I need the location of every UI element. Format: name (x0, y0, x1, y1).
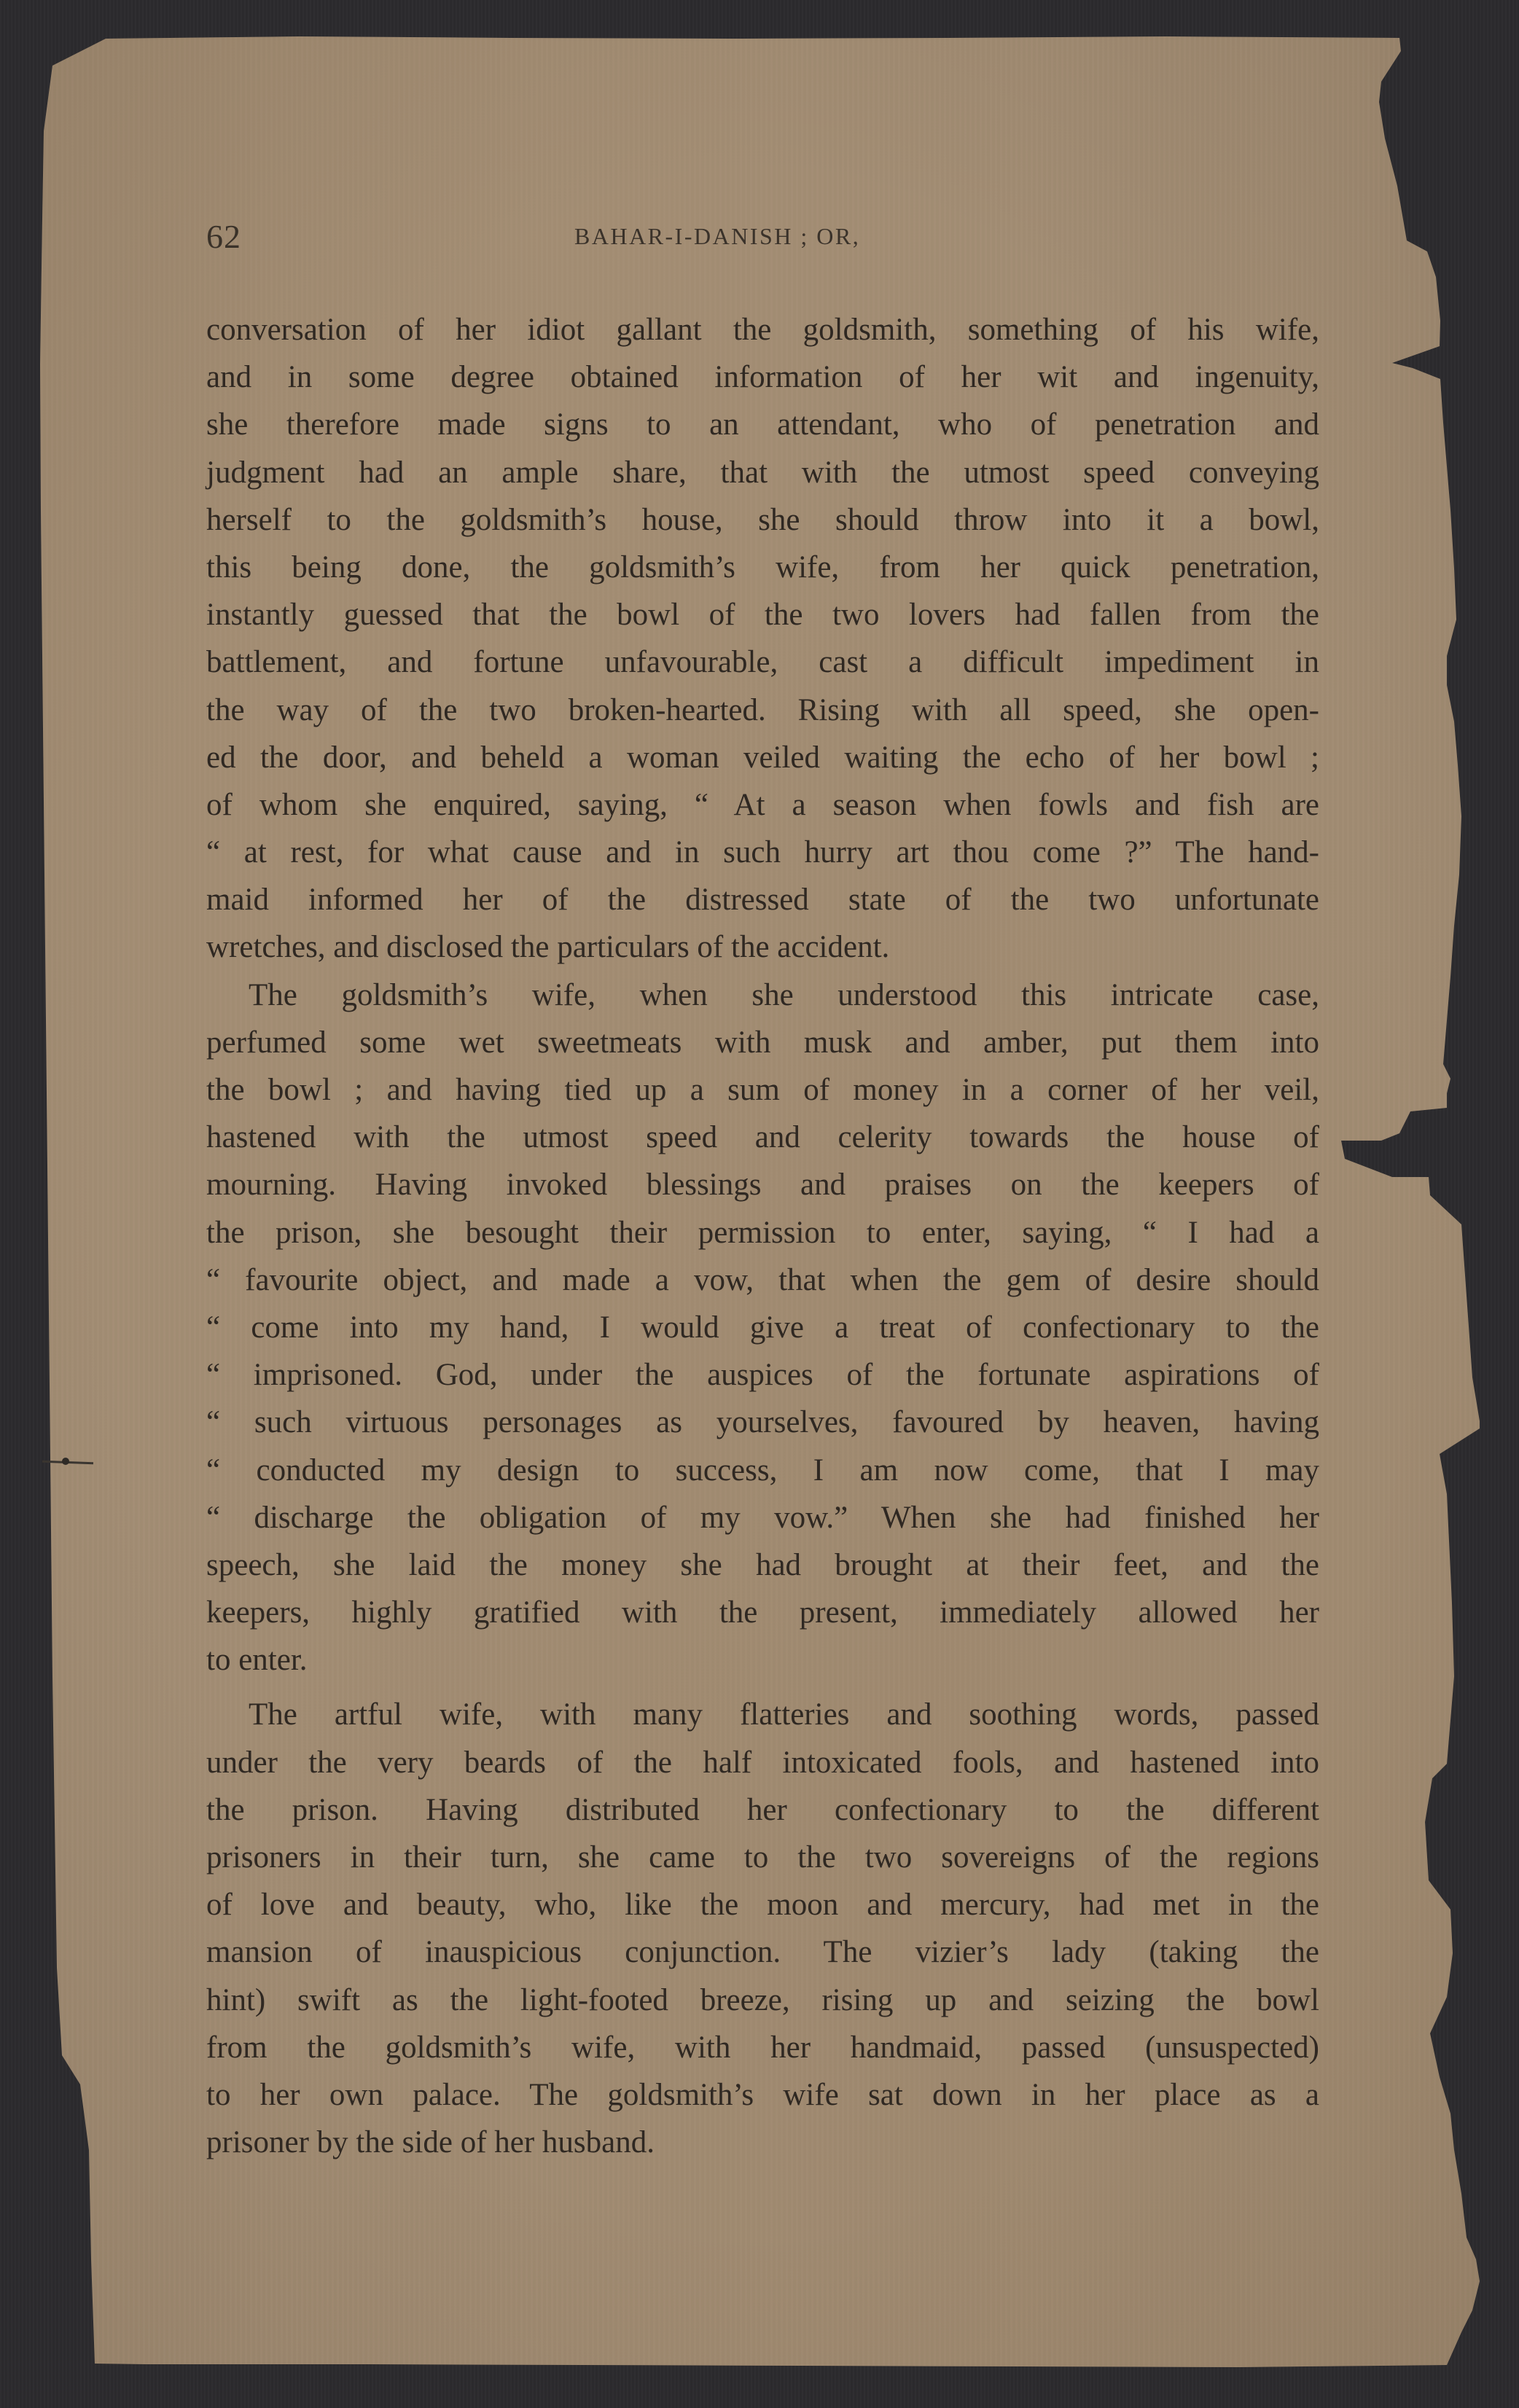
text-line: from the goldsmith’s wife, with her hand… (206, 2024, 1319, 2071)
text-line: ed the door, and beheld a woman veiled w… (206, 734, 1319, 781)
text-line: conversation of her idiot gallant the go… (206, 306, 1319, 353)
text-line: hint) swift as the light-footed breeze, … (206, 1977, 1319, 2024)
text-line: of love and beauty, who, like the moon a… (206, 1881, 1319, 1928)
text-line: this being done, the goldsmith’s wife, f… (206, 544, 1319, 591)
text-line: the prison. Having distributed her confe… (206, 1786, 1319, 1834)
body-text: conversation of her idiot gallant the go… (206, 306, 1319, 2166)
running-head-title: BAHAR-I-DANISH ; OR, (574, 223, 860, 250)
text-line: “ favourite object, and made a vow, that… (206, 1256, 1319, 1304)
text-line: to enter. (206, 1636, 1319, 1684)
text-line: speech, she laid the money she had broug… (206, 1541, 1319, 1589)
text-line: “ at rest, for what cause and in such hu… (206, 829, 1319, 876)
book-page: 62 BAHAR-I-DANISH ; OR, conversation of … (0, 0, 1519, 2408)
text-line: battlement, and fortune unfavourable, ca… (206, 638, 1319, 686)
text-line: the prison, she besought their permissio… (206, 1209, 1319, 1256)
page-number: 62 (206, 217, 241, 256)
text-line: wretches, and disclosed the particulars … (206, 923, 1319, 971)
text-line: “ imprisoned. God, under the auspices of… (206, 1351, 1319, 1399)
text-line: instantly guessed that the bowl of the t… (206, 591, 1319, 638)
text-line: prisoner by the side of her husband. (206, 2119, 1319, 2166)
text-line: the way of the two broken-hearted. Risin… (206, 687, 1319, 734)
text-line: keepers, highly gratified with the prese… (206, 1589, 1319, 1636)
text-line: “ such virtuous personages as yourselves… (206, 1399, 1319, 1446)
text-line: maid informed her of the distressed stat… (206, 876, 1319, 923)
text-line: The artful wife, with many flatteries an… (206, 1691, 1319, 1738)
margin-ink-dot (62, 1458, 69, 1465)
paragraph-2: The goldsmith’s wife, when she understoo… (206, 972, 1319, 1684)
text-line: judgment had an ample share, that with t… (206, 449, 1319, 496)
text-line: “ come into my hand, I would give a trea… (206, 1304, 1319, 1351)
text-line: herself to the goldsmith’s house, she sh… (206, 496, 1319, 544)
text-line: to her own palace. The goldsmith’s wife … (206, 2071, 1319, 2119)
paragraph-1: conversation of her idiot gallant the go… (206, 306, 1319, 972)
page-header: 62 BAHAR-I-DANISH ; OR, (206, 217, 1319, 261)
text-line: perfumed some wet sweetmeats with musk a… (206, 1019, 1319, 1066)
text-line: she therefore made signs to an attendant… (206, 401, 1319, 448)
paragraph-3: The artful wife, with many flatteries an… (206, 1691, 1319, 2166)
text-line: “ discharge the obligation of my vow.” W… (206, 1494, 1319, 1541)
text-line: prisoners in their turn, she came to the… (206, 1834, 1319, 1881)
text-line: of whom she enquired, saying, “ At a sea… (206, 781, 1319, 829)
text-line: mansion of inauspicious conjunction. The… (206, 1928, 1319, 1976)
text-line: “ conducted my design to success, I am n… (206, 1447, 1319, 1494)
text-line: under the very beards of the half intoxi… (206, 1739, 1319, 1786)
text-line: The goldsmith’s wife, when she understoo… (206, 972, 1319, 1019)
text-line: mourning. Having invoked blessings and p… (206, 1161, 1319, 1208)
text-line: the bowl ; and having tied up a sum of m… (206, 1066, 1319, 1114)
text-line: hastened with the utmost speed and celer… (206, 1114, 1319, 1161)
text-line: and in some degree obtained information … (206, 353, 1319, 401)
